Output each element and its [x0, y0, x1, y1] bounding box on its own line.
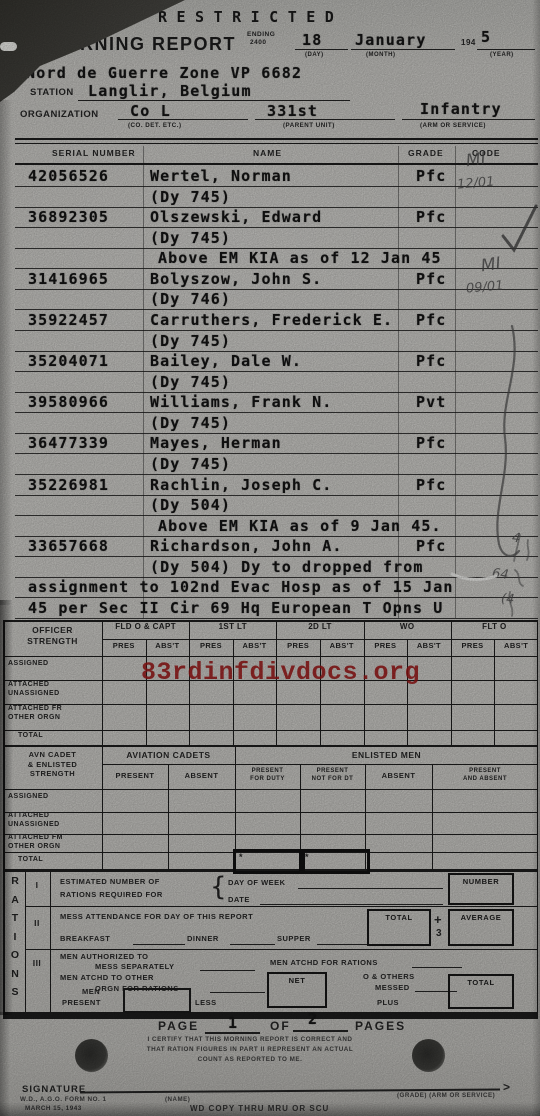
film-edge-mark — [0, 42, 17, 51]
pencil-scribble — [509, 535, 528, 616]
pencil-marks-layer — [0, 0, 540, 1116]
scan-scratch — [452, 574, 496, 580]
morning-report-document: RESTRICTED MORNING REPORT ENDING 2400 18… — [0, 0, 540, 1116]
pencil-check-mark — [503, 206, 536, 250]
watermark: 83rdinfdivdocs.org — [141, 658, 420, 687]
pencil-bracket-curve — [497, 326, 519, 556]
